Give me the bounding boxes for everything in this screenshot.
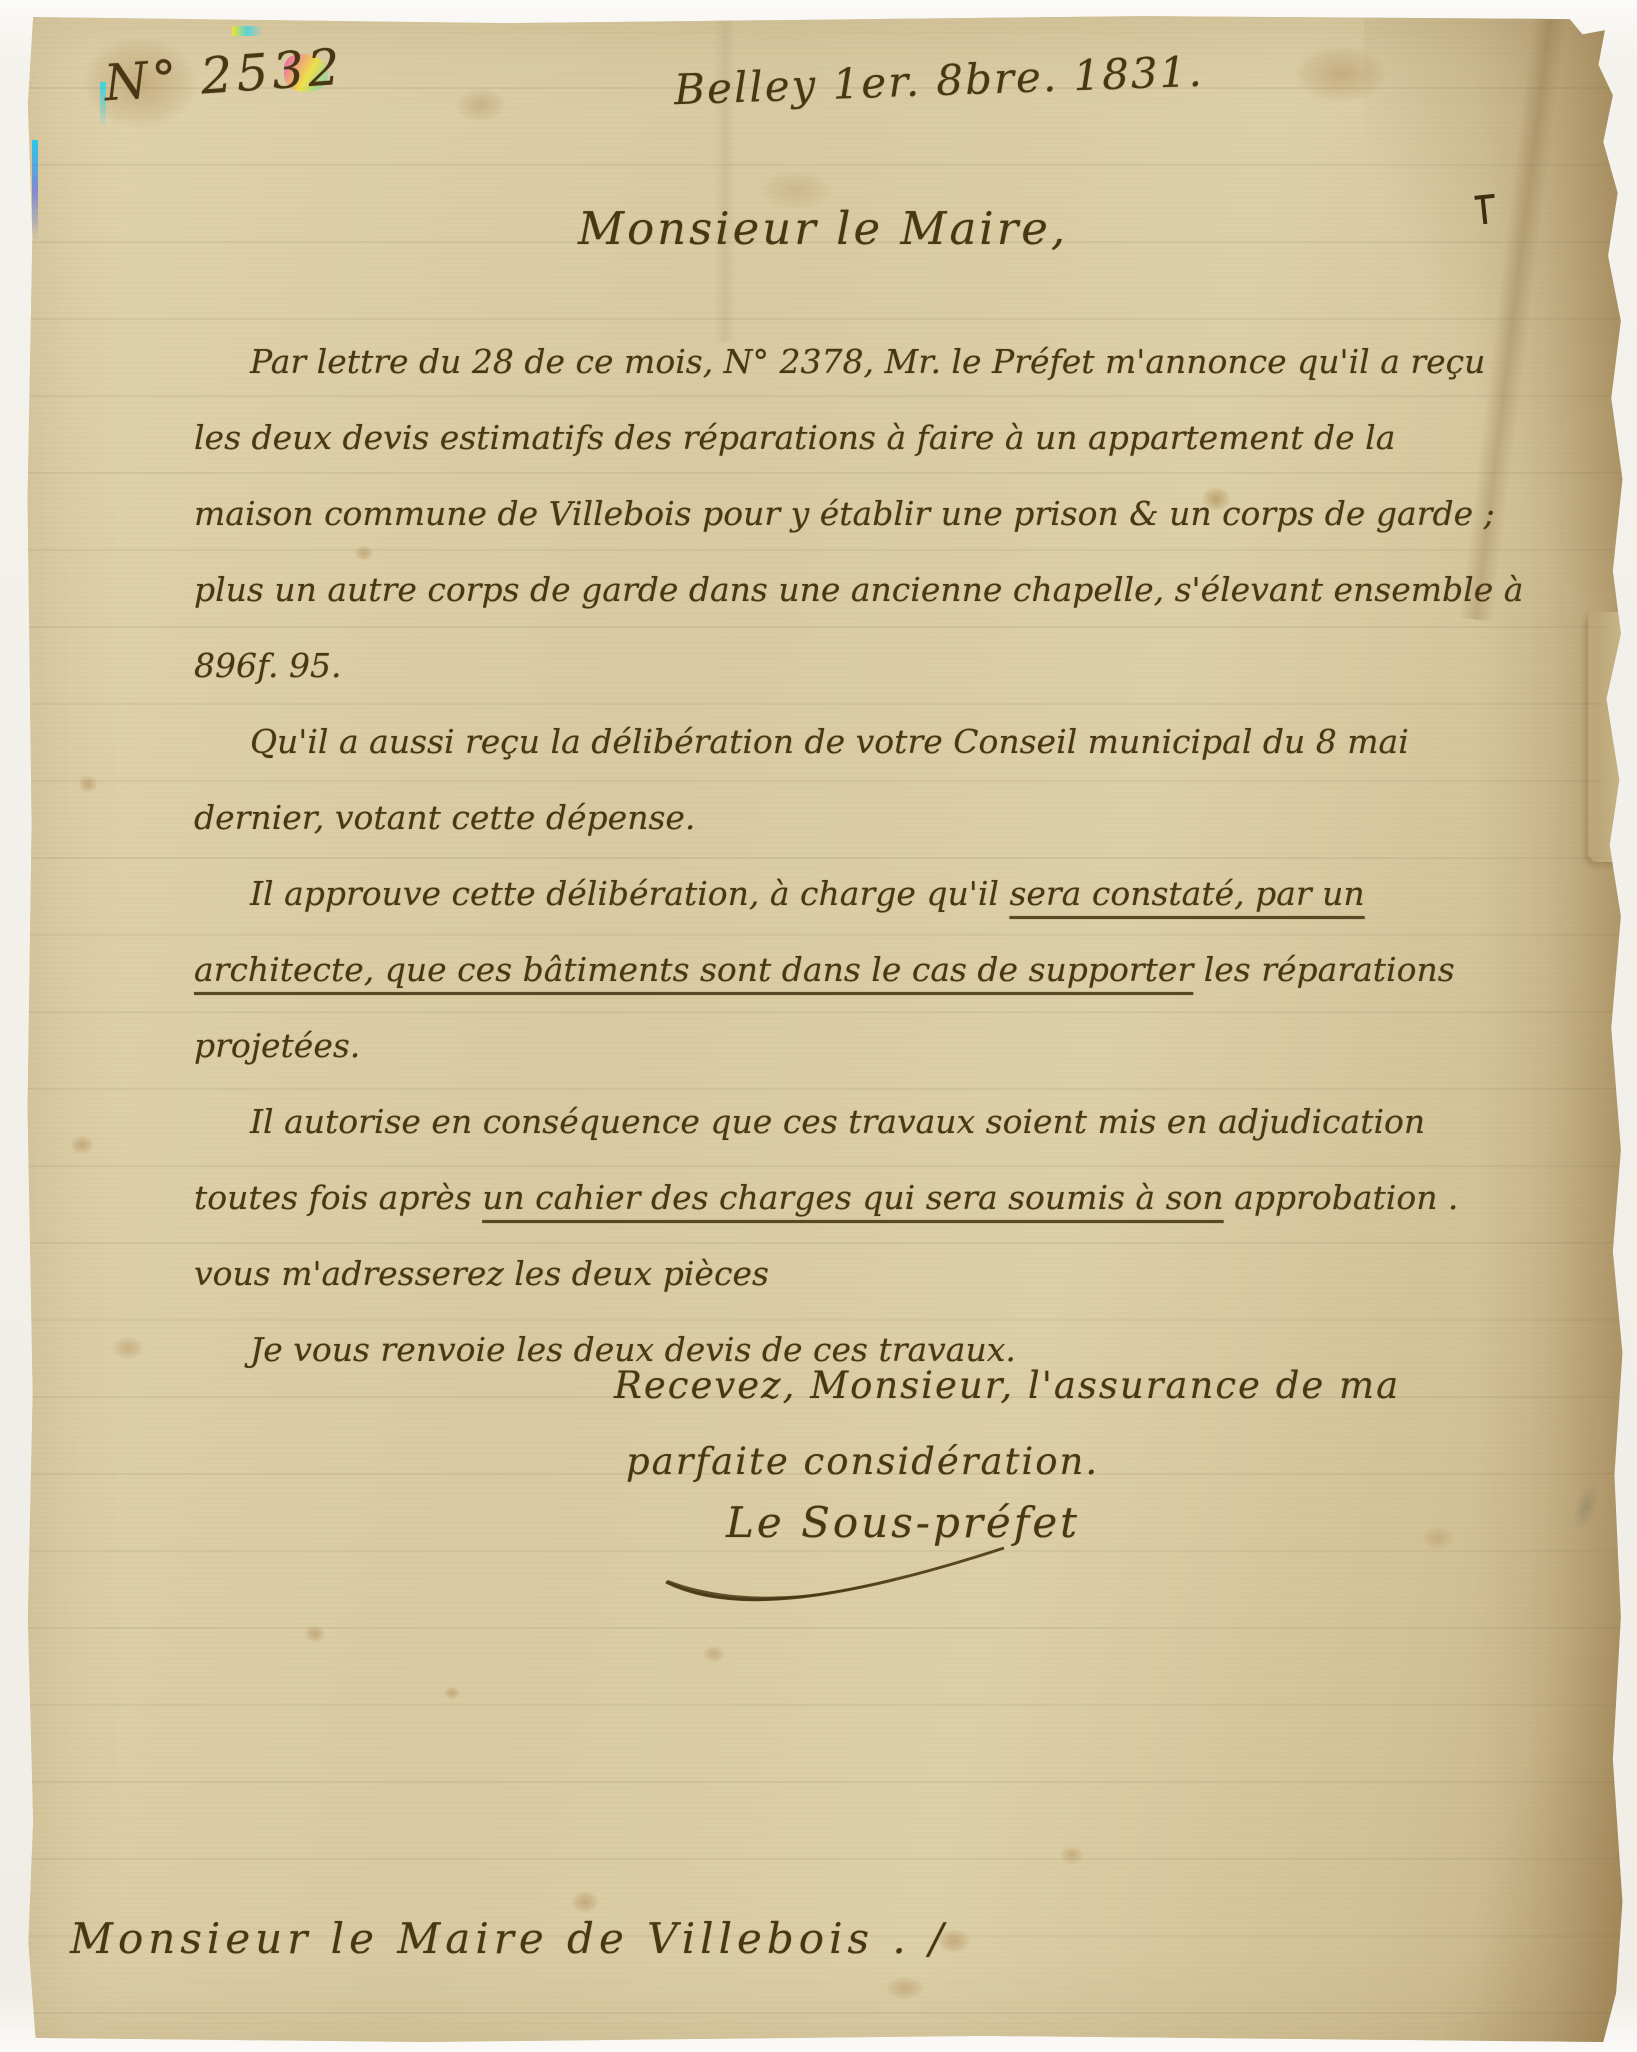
stain [1276, 34, 1406, 114]
paragraph-text: Par lettre du 28 de ce mois, N° 2378, Mr… [194, 342, 1523, 685]
stain [74, 772, 102, 796]
letter-body: Par lettre du 28 de ce mois, N° 2378, Mr… [194, 324, 1524, 1388]
stain [66, 1132, 98, 1158]
footer-address: Monsieur le Maire de Villebois . / [70, 1914, 948, 1963]
underlined-paragraph-text: un cahier des charges qui sera soumis à … [482, 1178, 1223, 1217]
body-paragraph: Il autorise en conséquence que ces trava… [194, 1084, 1524, 1312]
paragraph-text: Qu'il a aussi reçu la délibération de vo… [194, 722, 1409, 837]
letter-paper: N° 2532 Belley 1er. 8bre. 1831. Monsieur… [26, 12, 1624, 2044]
stain [106, 1332, 150, 1364]
body-paragraph: Il approuve cette délibération, à charge… [194, 856, 1524, 1084]
stain [1056, 1842, 1088, 1868]
closing-line: Recevez, Monsieur, l'assurance de ma [614, 1364, 1400, 1407]
body-paragraph: Qu'il a aussi reçu la délibération de vo… [194, 704, 1524, 856]
bottom-right-fold-shadow [1444, 1624, 1624, 2044]
salutation: Monsieur le Maire, [578, 202, 1068, 255]
stain [698, 1642, 730, 1666]
signature-flourish [656, 1540, 1016, 1622]
stain [566, 1887, 604, 1917]
torn-edge-flap [1588, 612, 1622, 862]
body-paragraph: Par lettre du 28 de ce mois, N° 2378, Mr… [194, 324, 1524, 704]
stain [446, 82, 516, 128]
stain [1416, 1522, 1460, 1554]
stain [441, 1684, 463, 1702]
scan-color-artifact [32, 140, 38, 240]
paragraph-text: Il approuve cette délibération, à charge… [250, 874, 1009, 913]
vertical-crease [714, 12, 736, 342]
scan-color-artifact [232, 26, 262, 36]
stain [301, 1622, 329, 1646]
stain [878, 1972, 932, 2004]
closing-line: parfaite considération. [626, 1440, 1099, 1483]
